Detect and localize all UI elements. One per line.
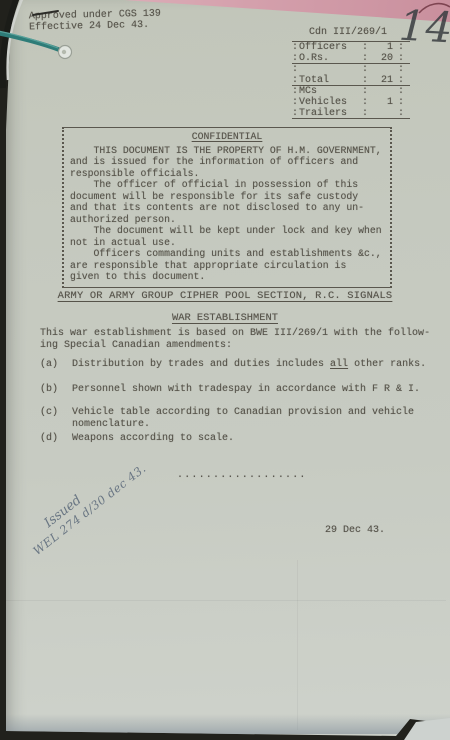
item-text: Vehicle table according to Canadian prov… [72, 407, 414, 430]
confidential-line: not in actual use. [70, 237, 384, 249]
item-label: (b) [40, 384, 72, 396]
row-value: 1 [368, 42, 398, 53]
document-subtitle: WAR ESTABLISHMENT [0, 312, 450, 324]
confidential-line: are responsible that appropriate circula… [70, 260, 384, 272]
row-value: 1 [368, 97, 398, 108]
confidential-title: CONFIDENTIAL [70, 131, 384, 143]
establishment-item: (a) Distribution by trades and duties in… [40, 359, 426, 371]
row-value [368, 86, 398, 97]
table-row: MCs [292, 86, 410, 97]
confidential-line: The officer of official in possession of… [70, 179, 384, 191]
document-date: 29 Dec 43. [325, 525, 385, 536]
note-line: WEL 274 d/30 dec 43. [30, 442, 173, 558]
row-value: 21 [368, 75, 398, 85]
page-number: 14 [398, 1, 450, 53]
item-text: Distribution by trades and duties includ… [72, 359, 426, 371]
confidential-notice: CONFIDENTIAL THIS DOCUMENT IS THE PROPER… [62, 127, 392, 288]
row-label: Trailers [298, 108, 362, 118]
photo-backdrop: Approved under CGS 139 Effective 24 Dec … [0, 0, 450, 740]
item-label: (c) [40, 407, 72, 430]
item-text-line: Vehicle table according to Canadian prov… [72, 407, 414, 419]
approval-line: Effective 24 Dec 43. [29, 20, 161, 34]
row-label: Vehicles [298, 97, 362, 108]
row-value [368, 108, 398, 118]
row-label [298, 64, 362, 75]
document-page: Approved under CGS 139 Effective 24 Dec … [0, 0, 450, 740]
table-row: Officers1 [292, 42, 410, 53]
confidential-line: Officers commanding units and establishm… [70, 248, 384, 260]
intro-paragraph: This war establishment is based on BWE I… [40, 328, 430, 351]
reference-number: Cdn III/269/1 [309, 27, 387, 38]
table-row: Vehicles1 [292, 97, 410, 108]
table-row: O.Rs.20 [292, 53, 410, 64]
row-value: 20 [368, 53, 398, 63]
establishment-item: (c) Vehicle table according to Canadian … [40, 407, 414, 430]
paper-crease [297, 560, 298, 730]
row-label: Officers [298, 42, 362, 53]
table-row: Trailers [292, 108, 410, 119]
table-row: Total21 [292, 75, 410, 86]
approval-stamp: Approved under CGS 139 Effective 24 Dec … [29, 9, 161, 34]
handwritten-note: Issued WEL 274 d/30 dec 43. [21, 430, 173, 558]
item-text-pre: Distribution by trades and duties includ… [72, 359, 330, 370]
item-label: (d) [40, 433, 72, 445]
paper-crease [6, 600, 446, 601]
establishment-item: (b) Personnel shown with tradespay in ac… [40, 384, 420, 396]
page-curl-shadow [0, 714, 450, 734]
note-line: Issued [42, 430, 165, 530]
item-label: (a) [40, 359, 72, 371]
item-text-post: other ranks. [348, 359, 426, 370]
row-label: MCs [298, 86, 362, 97]
confidential-line: authorized person. [70, 214, 384, 226]
confidential-line: responsible officials. [70, 168, 384, 180]
intro-line: ing Special Canadian amendments: [40, 340, 430, 352]
row-label: O.Rs. [298, 53, 362, 63]
confidential-line: and that its contents are not disclosed … [70, 202, 384, 214]
document-title: ARMY OR ARMY GROUP CIPHER POOL SECTION, … [0, 290, 450, 302]
confidential-line: and is issued for the information of off… [70, 156, 384, 168]
row-value [368, 64, 398, 75]
separator-dots: .................. [177, 470, 307, 481]
item-text-underlined: all [330, 359, 348, 370]
item-text: Personnel shown with tradespay in accord… [72, 384, 420, 396]
intro-line: This war establishment is based on BWE I… [40, 328, 430, 340]
confidential-line: given to this document. [70, 271, 384, 283]
row-label: Total [298, 75, 362, 85]
summary-table: Officers1 O.Rs.20 Total21 MCs Vehicles1 … [292, 41, 410, 119]
confidential-line: THIS DOCUMENT IS THE PROPERTY OF H.M. GO… [70, 145, 384, 157]
table-row [292, 64, 410, 75]
item-text-line: nomenclature. [72, 419, 414, 431]
confidential-line: The document will be kept under lock and… [70, 225, 384, 237]
confidential-line: document will be responsible for its saf… [70, 191, 384, 203]
